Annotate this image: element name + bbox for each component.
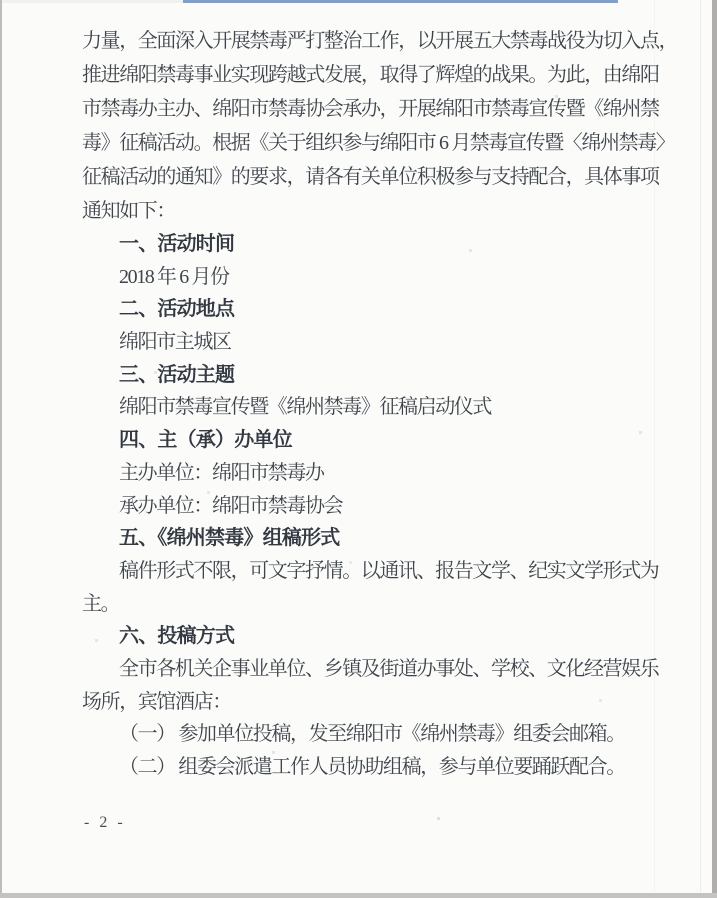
section-heading: 四、主（承）办单位 <box>82 424 674 457</box>
section-heading: 五、《绵州禁毒》组稿形式 <box>82 522 674 555</box>
section-heading: 一、活动时间 <box>82 228 674 261</box>
section-heading: 三、活动主题 <box>82 359 674 392</box>
text-line: 征稿活动的通知》的要求，请各有关单位积极参与支持配合，具体事项 <box>82 160 674 194</box>
text-line: 主。 <box>82 588 674 621</box>
blue-scan-edge-artifact <box>183 0 618 3</box>
text-line: 绵阳市主城区 <box>82 326 674 359</box>
scan-right-edge-band <box>712 0 717 898</box>
text-line: 承办单位：绵阳市禁毒协会 <box>82 490 674 523</box>
scan-top-light-band <box>0 0 183 3</box>
text-line: 毒》征稿活动。根据《关于组织参与绵阳市 6 月禁毒宣传暨〈绵州禁毒〉 <box>82 126 674 160</box>
scan-bottom-edge-band <box>0 893 717 898</box>
scanned-document-page: 力量，全面深入开展禁毒严打整治工作，以开展五大禁毒战役为切入点， 推进绵阳禁毒事… <box>0 0 717 898</box>
text-line: 力量，全面深入开展禁毒严打整治工作，以开展五大禁毒战役为切入点， <box>82 24 674 58</box>
document-body: 力量，全面深入开展禁毒严打整治工作，以开展五大禁毒战役为切入点， 推进绵阳禁毒事… <box>82 24 674 784</box>
text-line: （一） 参加单位投稿，发至绵阳市《绵州禁毒》组委会邮箱。 <box>82 718 674 751</box>
text-line: 稿件形式不限，可文字抒情。以通讯、报告文学、纪实文学形式为 <box>82 555 674 588</box>
section-heading: 六、投稿方式 <box>82 620 674 653</box>
text-line: 市禁毒办主办、绵阳市禁毒协会承办，开展绵阳市禁毒宣传暨《绵州禁 <box>82 92 674 126</box>
text-line: 主办单位：绵阳市禁毒办 <box>82 457 674 490</box>
text-line: （二） 组委会派遣工作人员协助组稿，参与单位要踊跃配合。 <box>82 751 674 784</box>
section-heading: 二、活动地点 <box>82 293 674 326</box>
scan-left-edge-line <box>0 0 2 898</box>
text-line: 场所，宾馆酒店： <box>82 686 674 719</box>
text-line: 通知如下： <box>82 194 674 228</box>
text-line: 全市各机关企事业单位、乡镇及街道办事处、学校、文化经营娱乐 <box>82 653 674 686</box>
scan-speckles <box>0 0 1 1</box>
page-number: - 2 - <box>84 814 126 832</box>
text-line: 2018 年 6 月份 <box>82 261 674 294</box>
paper-crease <box>700 0 701 898</box>
text-line: 推进绵阳禁毒事业实现跨越式发展，取得了辉煌的战果。为此，由绵阳 <box>82 58 674 92</box>
text-line: 绵阳市禁毒宣传暨《绵州禁毒》征稿启动仪式 <box>82 391 674 424</box>
